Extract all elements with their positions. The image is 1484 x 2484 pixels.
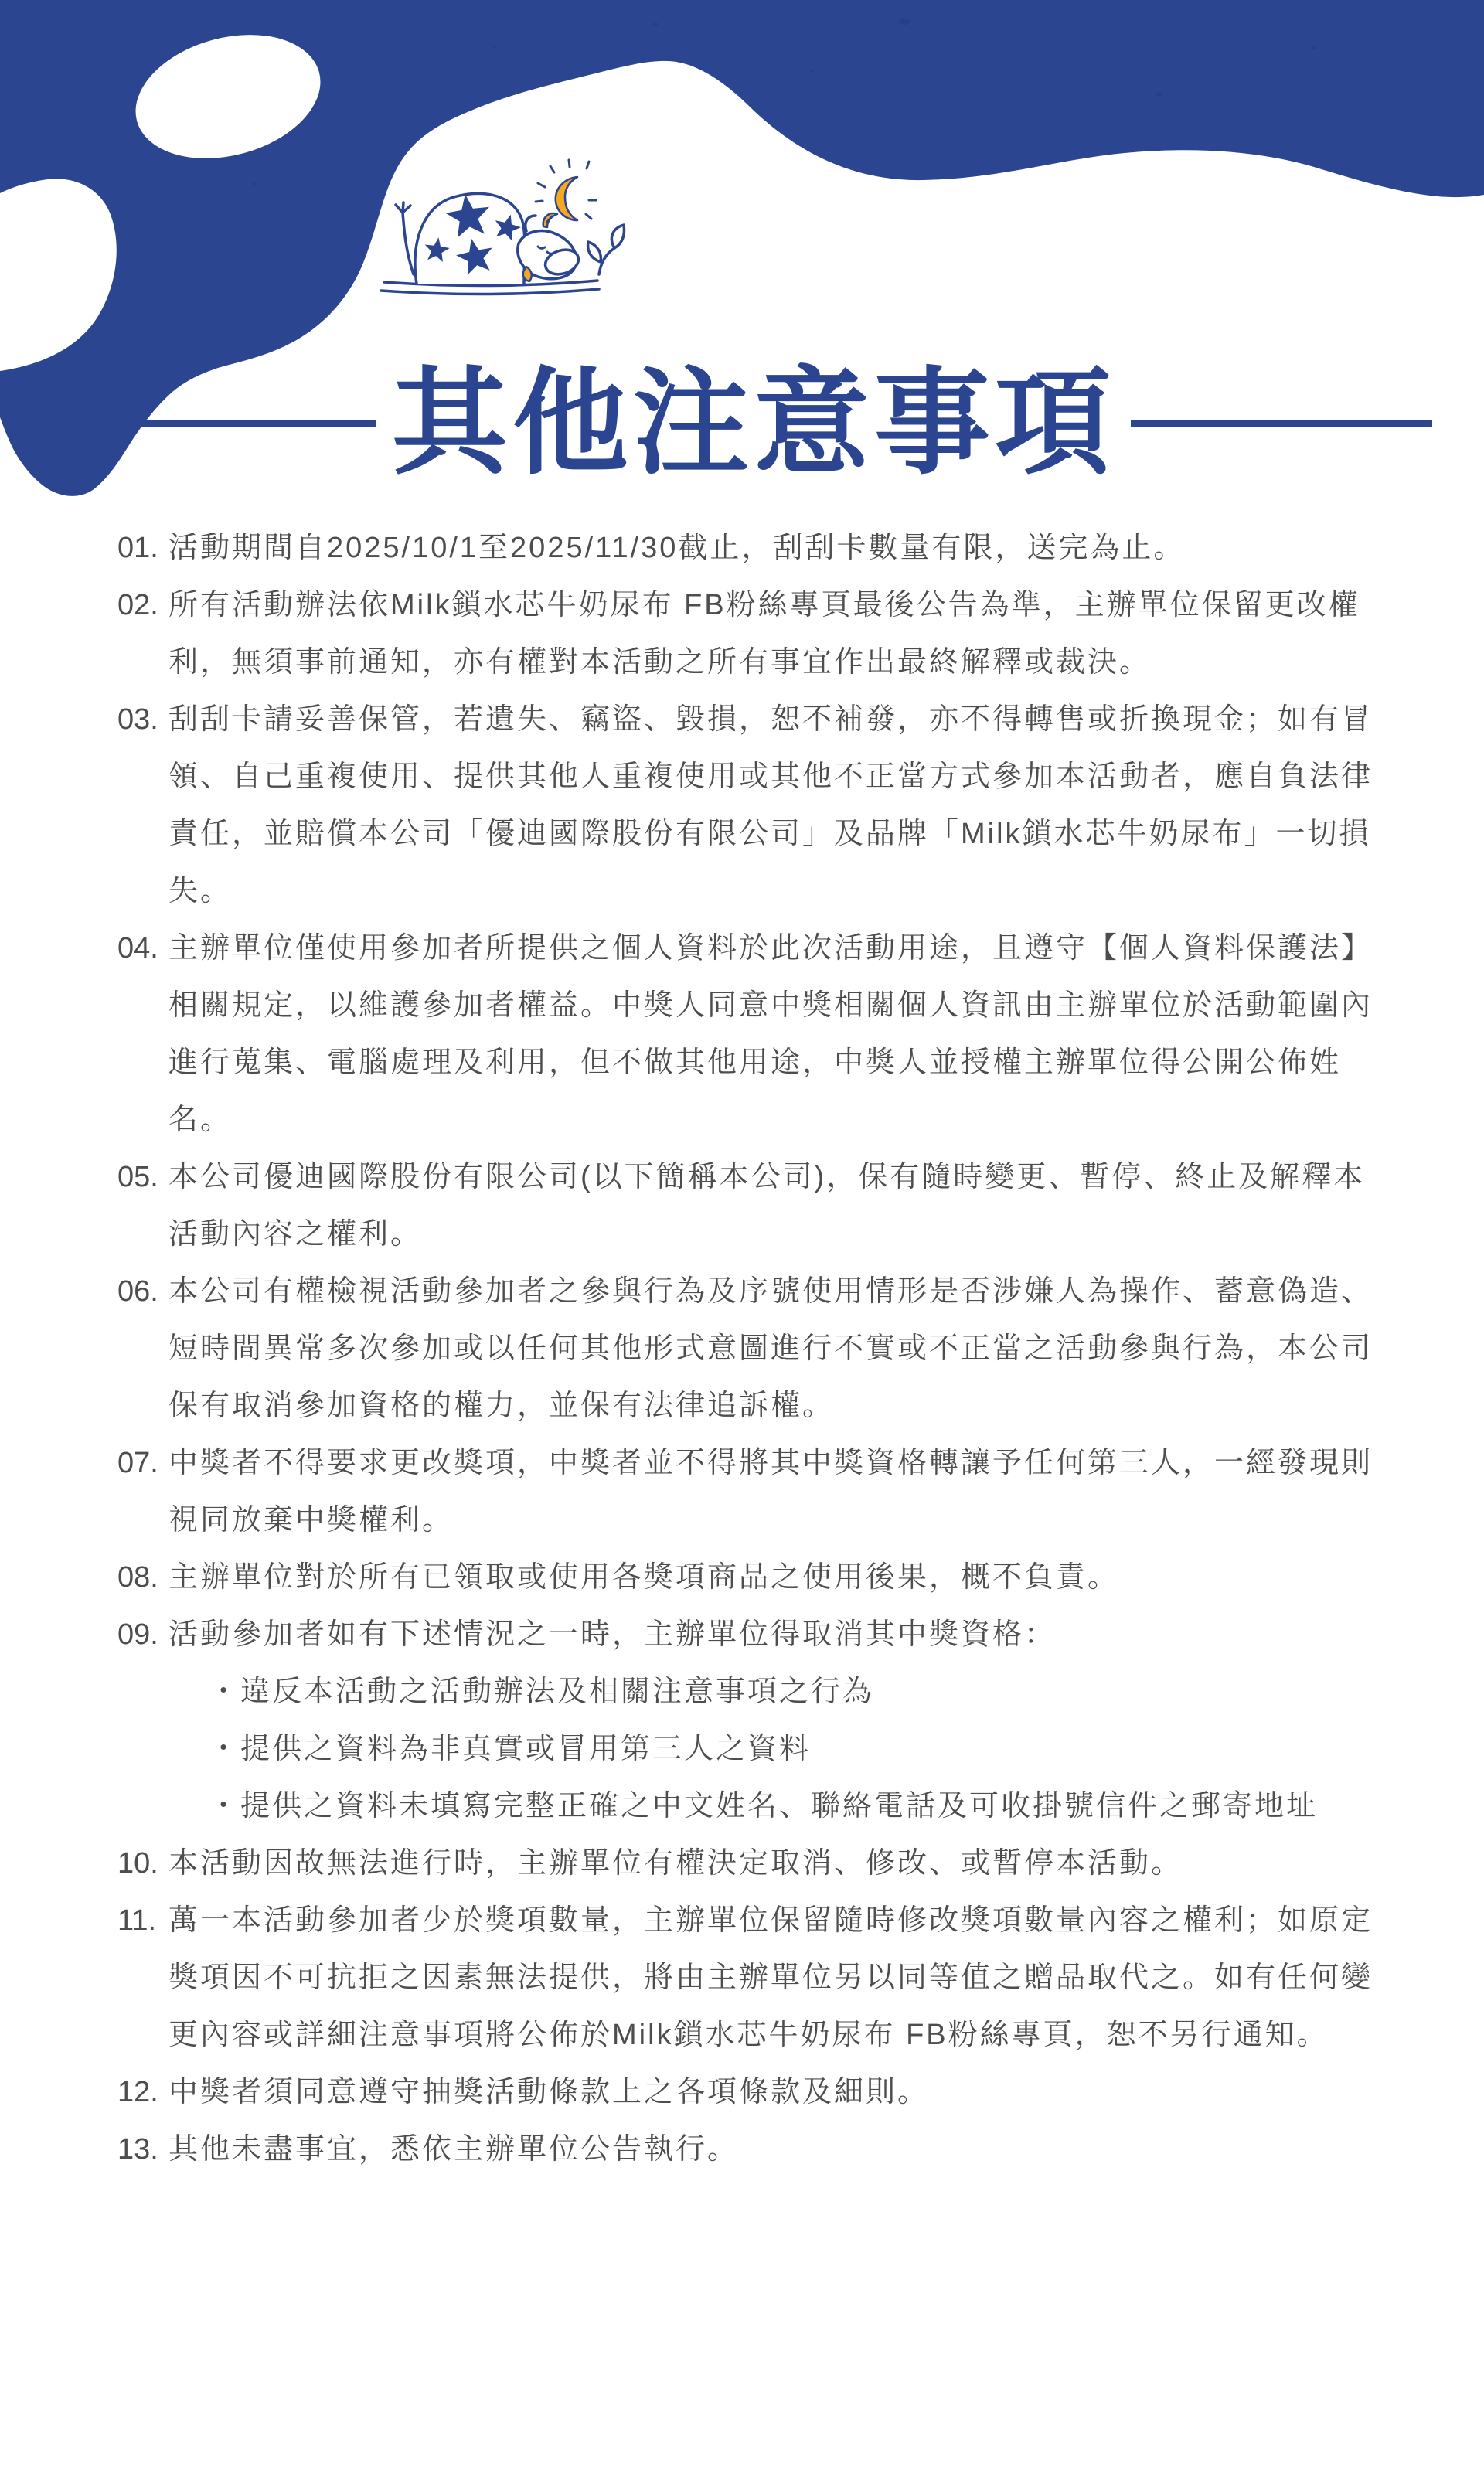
cow-horn-yellow [543, 213, 557, 227]
blanket-line [381, 289, 599, 294]
list-item: 09. 活動參加者如有下述情況之一時，主辦單位得取消其中獎資格：・違反本活動之活… [117, 1606, 1393, 1835]
item-text: 萬一本活動參加者少於獎項數量，主辦單位保留隨時修改獎項數量內容之權利；如原定獎項… [168, 1892, 1390, 2064]
item-paragraph: 所有活動辦法依Milk鎖水芯牛奶尿布 FB粉絲專頁最後公告為準，主辦單位保留更改… [168, 577, 1390, 691]
item-number: 07. [117, 1434, 168, 1492]
item-number: 12. [117, 2064, 168, 2121]
list-item: 11. 萬一本活動參加者少於獎項數量，主辦單位保留隨時修改獎項數量內容之權利；如… [117, 1892, 1393, 2064]
list-item: 08. 主辦單位對於所有已領取或使用各獎項商品之使用後果，概不負責。 [117, 1549, 1393, 1606]
list-item: 03. 刮刮卡請妥善保管，若遺失、竊盜、毀損，恕不補發，亦不得轉售或折換現金；如… [117, 691, 1393, 920]
item-number: 04. [117, 920, 168, 977]
item-text: 本公司有權檢視活動參加者之參與行為及序號使用情形是否涉嫌人為操作、蓄意偽造、短時… [168, 1263, 1390, 1434]
item-number: 03. [117, 691, 168, 748]
title-rule-right [1131, 420, 1432, 427]
list-item: 12. 中獎者須同意遵守抽獎活動條款上之各項條款及細則。 [117, 2064, 1393, 2121]
item-number: 09. [117, 1606, 168, 1663]
list-item: 04. 主辦單位僅使用參加者所提供之個人資料於此次活動用途，且遵守【個人資料保護… [117, 920, 1393, 1148]
notice-page: 其他注意事項 01. 活動期間自2025/10/1至2025/11/30截止，刮… [0, 0, 1484, 2484]
item-text: 活動參加者如有下述情況之一時，主辦單位得取消其中獎資格：・違反本活動之活動辦法及… [168, 1606, 1390, 1835]
item-number: 10. [117, 1835, 168, 1892]
item-paragraph: 本公司優迪國際股份有限公司(以下簡稱本公司)，保有隨時變更、暫停、終止及解釋本活… [168, 1148, 1390, 1263]
item-paragraph: 中獎者不得要求更改獎項，中獎者並不得將其中獎資格轉讓予任何第三人，一經發現則視同… [168, 1434, 1390, 1549]
item-text: 主辦單位對於所有已領取或使用各獎項商品之使用後果，概不負責。 [168, 1549, 1390, 1606]
list-item: 01. 活動期間自2025/10/1至2025/11/30截止，刮刮卡數量有限，… [117, 519, 1393, 577]
page-title-row: 其他注意事項 [0, 342, 1484, 504]
sprout-leaf [588, 242, 601, 262]
item-text: 本公司優迪國際股份有限公司(以下簡稱本公司)，保有隨時變更、暫停、終止及解釋本活… [168, 1148, 1390, 1263]
list-item: 10. 本活動因故無法進行時，主辦單位有權決定取消、修改、或暫停本活動。 [117, 1835, 1393, 1892]
item-text: 活動期間自2025/10/1至2025/11/30截止，刮刮卡數量有限，送完為止… [168, 519, 1390, 577]
sleeping-cow-illustration [367, 151, 630, 305]
item-text: 刮刮卡請妥善保管，若遺失、竊盜、毀損，恕不補發，亦不得轉售或折換現金；如有冒領、… [168, 691, 1390, 920]
item-text: 主辦單位僅使用參加者所提供之個人資料於此次活動用途，且遵守【個人資料保護法】相關… [168, 920, 1390, 1148]
item-paragraph: 主辦單位僅使用參加者所提供之個人資料於此次活動用途，且遵守【個人資料保護法】相關… [168, 920, 1390, 1148]
item-number: 01. [117, 519, 168, 577]
item-paragraph: 活動期間自2025/10/1至2025/11/30截止，刮刮卡數量有限，送完為止… [168, 519, 1390, 577]
item-number: 05. [117, 1148, 168, 1206]
list-item: 13. 其他未盡事宜，悉依主辦單位公告執行。 [117, 2121, 1393, 2178]
item-text: 中獎者須同意遵守抽獎活動條款上之各項條款及細則。 [168, 2064, 1390, 2121]
item-paragraph: 本活動因故無法進行時，主辦單位有權決定取消、修改、或暫停本活動。 [168, 1835, 1390, 1892]
item-text: 其他未盡事宜，悉依主辦單位公告執行。 [168, 2121, 1390, 2178]
sleeping-cow-svg [367, 151, 630, 305]
list-item: 06. 本公司有權檢視活動參加者之參與行為及序號使用情形是否涉嫌人為操作、蓄意偽… [117, 1263, 1393, 1434]
item-number: 08. [117, 1549, 168, 1606]
item-paragraph: 本公司有權檢視活動參加者之參與行為及序號使用情形是否涉嫌人為操作、蓄意偽造、短時… [168, 1263, 1390, 1434]
item-bullet: ・提供之資料未填寫完整正確之中文姓名、聯絡電話及可收掛號信件之郵寄地址 [168, 1778, 1390, 1835]
item-number: 11. [117, 1892, 168, 1949]
notes-list: 01. 活動期間自2025/10/1至2025/11/30截止，刮刮卡數量有限，… [117, 519, 1393, 2178]
title-rule-left [52, 420, 376, 427]
page-title: 其他注意事項 [392, 365, 1115, 481]
cow-tail [403, 213, 414, 274]
item-number: 02. [117, 577, 168, 634]
item-bullet: ・提供之資料為非真實或冒用第三人之資料 [168, 1720, 1390, 1778]
moon-icon [556, 177, 577, 220]
item-paragraph: 主辦單位對於所有已領取或使用各獎項商品之使用後果，概不負責。 [168, 1549, 1390, 1606]
item-paragraph: 活動參加者如有下述情況之一時，主辦單位得取消其中獎資格： [168, 1606, 1390, 1663]
item-number: 06. [117, 1263, 168, 1320]
item-bullet: ・違反本活動之活動辦法及相關注意事項之行為 [168, 1663, 1390, 1720]
list-item: 02. 所有活動辦法依Milk鎖水芯牛奶尿布 FB粉絲專頁最後公告為準，主辦單位… [117, 577, 1393, 691]
item-paragraph: 中獎者須同意遵守抽獎活動條款上之各項條款及細則。 [168, 2064, 1390, 2121]
sprout-leaf [611, 225, 624, 248]
item-text: 所有活動辦法依Milk鎖水芯牛奶尿布 FB粉絲專頁最後公告為準，主辦單位保留更改… [168, 577, 1390, 691]
list-item: 05. 本公司優迪國際股份有限公司(以下簡稱本公司)，保有隨時變更、暫停、終止及… [117, 1148, 1393, 1263]
cow-horn [526, 216, 536, 231]
item-text: 中獎者不得要求更改獎項，中獎者並不得將其中獎資格轉讓予任何第三人，一經發現則視同… [168, 1434, 1390, 1549]
item-text: 本活動因故無法進行時，主辦單位有權決定取消、修改、或暫停本活動。 [168, 1835, 1390, 1892]
list-item: 07. 中獎者不得要求更改獎項，中獎者並不得將其中獎資格轉讓予任何第三人，一經發… [117, 1434, 1393, 1549]
item-paragraph: 刮刮卡請妥善保管，若遺失、竊盜、毀損，恕不補發，亦不得轉售或折換現金；如有冒領、… [168, 691, 1390, 920]
item-number: 13. [117, 2121, 168, 2178]
item-paragraph: 其他未盡事宜，悉依主辦單位公告執行。 [168, 2121, 1390, 2178]
item-paragraph: 萬一本活動參加者少於獎項數量，主辦單位保留隨時修改獎項數量內容之權利；如原定獎項… [168, 1892, 1390, 2064]
